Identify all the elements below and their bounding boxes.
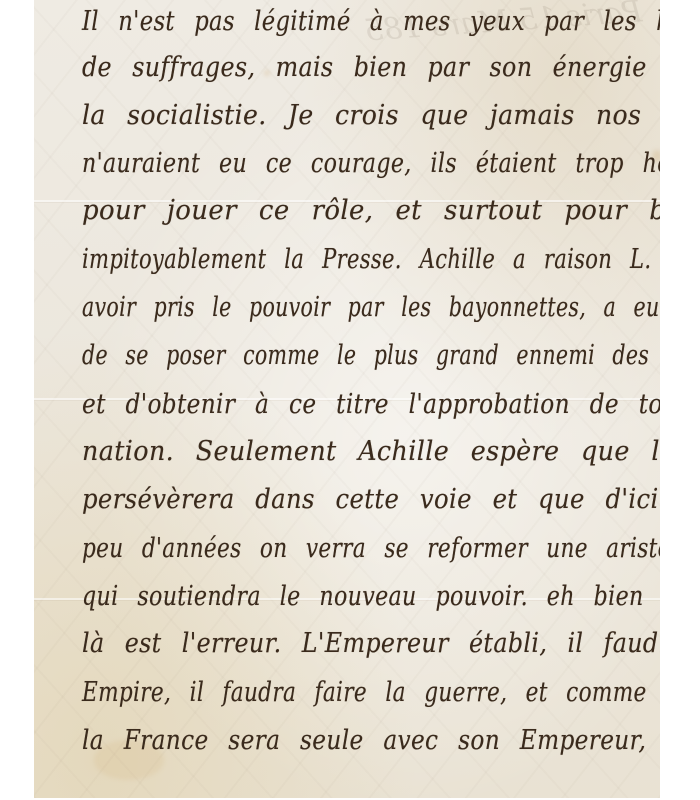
manuscript-line: de se poser comme le plus grand ennemi d… xyxy=(82,340,517,371)
manuscript-line: impitoyablement la Presse. Achille a rai… xyxy=(82,244,528,275)
manuscript-line: peu d'années on verra se reformer une ar… xyxy=(82,533,540,564)
manuscript-line: là est l'erreur. L'Empereur établi, il f… xyxy=(82,628,585,659)
manuscript-line: nation. Seulement Achille espère que le … xyxy=(82,436,620,467)
manuscript-line: Il n'est pas légitimé à mes yeux par les… xyxy=(82,6,562,37)
manuscript-line: persévèrera dans cette voie et que d'ici… xyxy=(82,484,597,515)
letter-page: Paris 15 Mars 185 Il n'est pas légitimé … xyxy=(34,0,660,798)
manuscript-line: pour jouer ce rôle, et surtout pour bâil… xyxy=(82,195,631,226)
manuscript-line: de suffrages, mais bien par son énergie … xyxy=(82,52,585,83)
manuscript-line: la France sera seule avec son Empereur, … xyxy=(82,725,574,756)
manuscript-line: la socialistie. Je crois que jamais nos … xyxy=(82,100,614,131)
manuscript-line: n'auraient eu ce courage, ils étaient tr… xyxy=(82,148,551,179)
manuscript-line: Empire, il faudra faire la guerre, et co… xyxy=(82,677,540,708)
manuscript-line: et d'obtenir à ce titre l'approbation de… xyxy=(82,389,574,420)
manuscript-line: avoir pris le pouvoir par les bayonnette… xyxy=(82,292,517,323)
manuscript-line: qui soutiendra le nouveau pouvoir. eh bi… xyxy=(82,581,551,612)
